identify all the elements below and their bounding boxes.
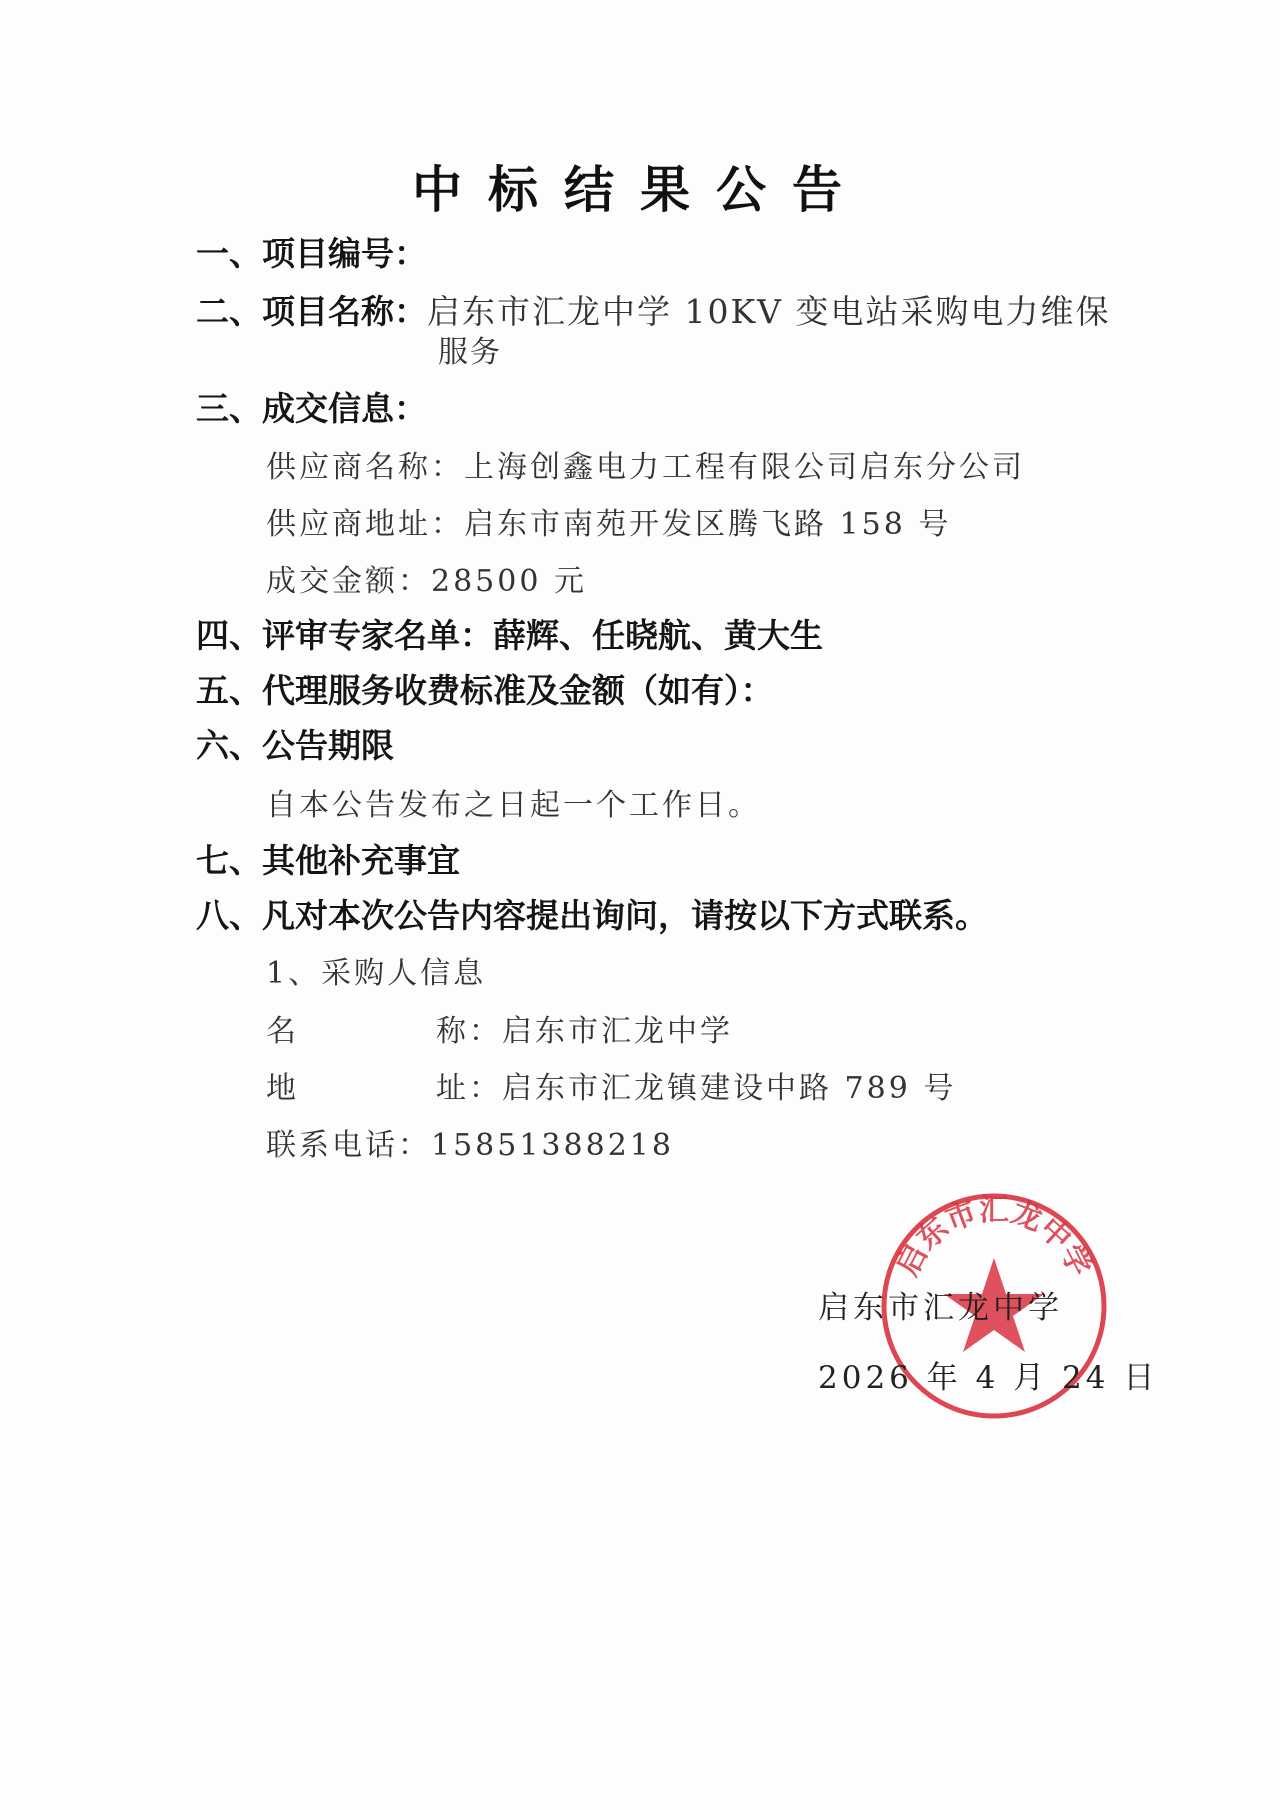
section-notice-period: 六、公告期限 [196,720,394,767]
section-label: 一、项目编号： [196,234,427,273]
purchaser-name-value: 启东市汇龙中学 [502,1014,733,1049]
field-label: 名 [266,1006,436,1050]
section-review-experts: 四、评审专家名单：薛辉、任晓航、黄大生 [196,610,823,657]
experts-value: 薛辉、任晓航、黄大生 [493,616,823,655]
section-deal-info: 三、成交信息： [196,383,427,430]
purchaser-address: 地址：启东市汇龙镇建设中路 789 号 [266,1063,956,1107]
project-name-value: 启东市汇龙中学 10KV 变电站采购电力维保 [427,292,1110,331]
purchaser-name: 名称：启东市汇龙中学 [266,1006,733,1050]
signature-date: 2026 年 4 月 24 日 [818,1352,1158,1397]
signature-organization: 启东市汇龙中学 [818,1282,1063,1327]
purchaser-address-value: 启东市汇龙镇建设中路 789 号 [502,1071,956,1106]
purchaser-phone: 联系电话：15851388218 [266,1120,674,1164]
section-label: 二、项目名称： [196,292,427,331]
section-agency-fee: 五、代理服务收费标准及金额（如有）： [196,665,774,712]
field-label: 地 [266,1063,436,1107]
section-contact: 八、凡对本次公告内容提出询问，请按以下方式联系。 [196,890,988,937]
svg-text:启东市汇龙中学: 启东市汇龙中学 [890,1193,1098,1282]
section-other-matters: 七、其他补充事宜 [196,835,460,882]
section-project-name: 二、项目名称：启东市汇龙中学 10KV 变电站采购电力维保 [196,286,1110,333]
supplier-name: 供应商名称：上海创鑫电力工程有限公司启东分公司 [266,442,1025,486]
deal-amount: 成交金额：28500 元 [266,556,587,600]
project-name-value-continued: 服务 [438,327,502,371]
section-project-number: 一、项目编号： [196,228,427,275]
document-page: 中标结果公告 一、项目编号： 二、项目名称：启东市汇龙中学 10KV 变电站采购… [0,0,1280,1810]
purchaser-info-heading: 1、采购人信息 [266,948,486,992]
field-label: 称： [436,1014,502,1049]
section-label: 四、评审专家名单： [196,616,493,655]
field-label: 址： [436,1071,502,1106]
document-title: 中标结果公告 [0,150,1280,222]
supplier-address: 供应商地址：启东市南苑开发区腾飞路 158 号 [266,499,951,543]
notice-period-value: 自本公告发布之日起一个工作日。 [266,780,761,824]
